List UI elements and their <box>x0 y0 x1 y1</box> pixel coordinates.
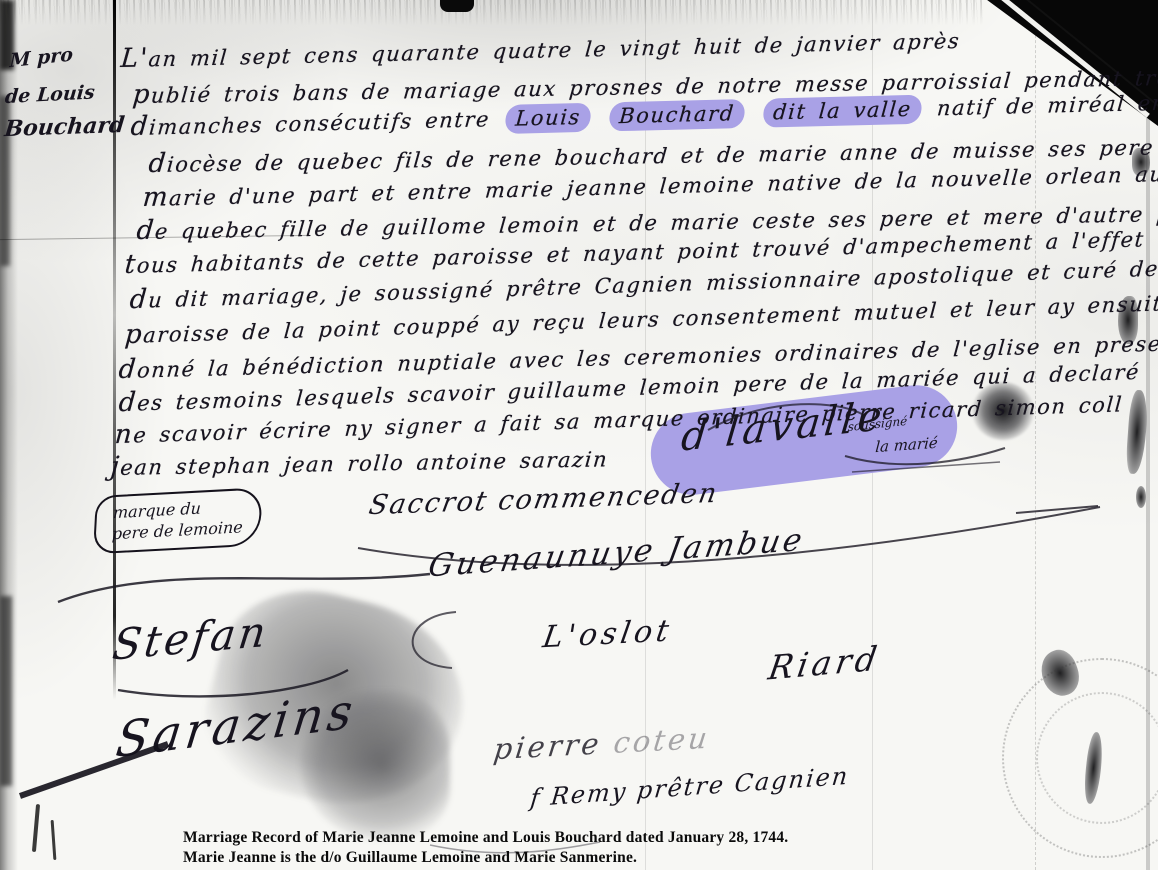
scan-edge-left-dark-low <box>0 596 12 786</box>
margin-note-line: de Louis <box>4 81 96 108</box>
highlighted-dit-name: dit la valle <box>762 95 923 128</box>
record-line-1: L'an mil sept cens quarante quatre le vi… <box>120 25 962 74</box>
signature-pierre-first: pierre <box>492 726 604 766</box>
scanned-marriage-record-page: M pro de Louis Bouchard L'an mil sept ce… <box>0 0 1158 870</box>
fold-line-vertical <box>113 0 116 700</box>
highlighted-first-name: Louis <box>504 103 592 134</box>
ink-mark-top <box>440 0 474 12</box>
signature-oslot: L'oslot <box>540 613 675 655</box>
signature-riard: Riard <box>766 638 884 687</box>
embossed-stamp-inner-ring <box>1036 692 1158 824</box>
signature-pierre-last: coteu <box>612 721 712 760</box>
signature-remy-priest: f Remy prêtre Cagnien <box>529 762 851 813</box>
ink-mark-bottom-left <box>51 820 57 860</box>
ink-mark-bottom-left <box>32 804 40 852</box>
caption-line-2: Marie Jeanne is the d/o Guillaume Lemoin… <box>183 848 788 868</box>
signature-pierre: pierre coteu <box>492 721 712 767</box>
marque-note-bracket: marque du pere de lemoine <box>93 487 263 554</box>
record-line-3-pre: dimanches consécutifs entre <box>130 107 491 140</box>
record-line-13: jean stephan jean rollo antoine sarazin <box>109 443 609 482</box>
signature-commandeur: Saccrot commenceden <box>366 478 720 521</box>
signature-jambue: Guenaunuye Jambue <box>426 522 808 585</box>
scan-noise-top-edge <box>0 0 985 26</box>
caption-line-1: Marriage Record of Marie Jeanne Lemoine … <box>183 828 788 848</box>
highlighted-surname: Bouchard <box>608 99 746 131</box>
ink-mark-right-edge <box>1136 486 1146 508</box>
margin-note-line: Bouchard <box>3 112 126 142</box>
flourish <box>1016 506 1098 513</box>
record-line-3-post: natif de miréal en loin <box>936 89 1158 120</box>
typed-caption: Marriage Record of Marie Jeanne Lemoine … <box>183 828 788 868</box>
margin-note-line: M pro <box>9 43 73 72</box>
